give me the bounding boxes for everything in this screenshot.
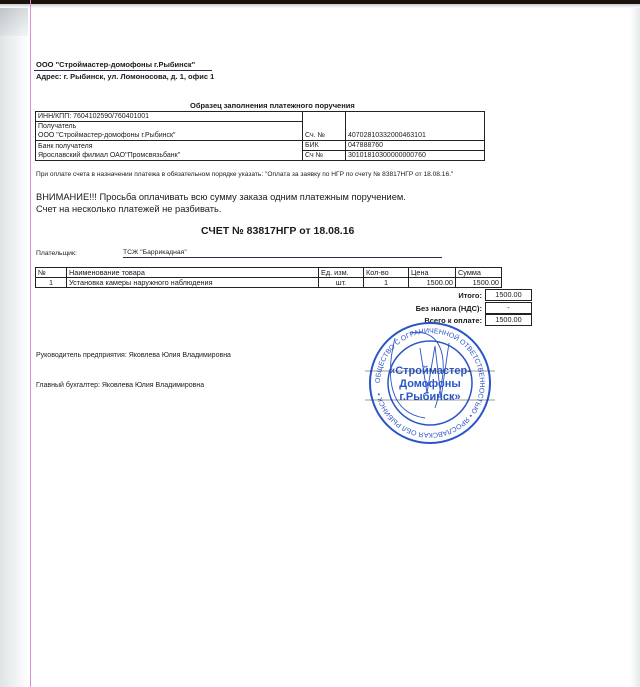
payment-purpose-note: При оплате счета в назначении платежа в … bbox=[36, 171, 453, 178]
vat-value: - bbox=[485, 302, 532, 314]
invoice-title: СЧЕТ № 83817НГР от 18.08.16 bbox=[201, 225, 354, 237]
bank-name: Ярославский филиал ОАО"Промсвязьбанк" bbox=[36, 151, 303, 161]
header-price: Цена bbox=[409, 268, 456, 278]
header-unit: Ед. изм. bbox=[319, 268, 364, 278]
header-sum: Сумма bbox=[456, 268, 502, 278]
margin-line bbox=[30, 0, 31, 687]
recipient-name: ООО "Строймастер-домофоны г.Рыбинск" bbox=[36, 131, 303, 141]
total-value: 1500.00 bbox=[485, 289, 532, 301]
accountant-signature-line: Главный бухгалтер: Яковлева Юлия Владими… bbox=[36, 382, 204, 389]
inn-kpp-cell: ИНН/КПП: 7604102590/760401001 bbox=[36, 112, 303, 122]
row-sum: 1500.00 bbox=[456, 278, 502, 288]
stamp-line-2: Домофоны bbox=[399, 378, 461, 390]
row-price: 1500.00 bbox=[409, 278, 456, 288]
empty-cell bbox=[346, 112, 485, 122]
empty-cell bbox=[303, 122, 346, 132]
warning-line-2: Счет на несколько платежей не разбивать. bbox=[36, 204, 221, 214]
table-row: 1 Установка камеры наружного наблюдения … bbox=[36, 278, 502, 288]
empty-cell bbox=[303, 112, 346, 122]
empty-cell bbox=[346, 122, 485, 132]
bik-value: 047888760 bbox=[346, 141, 485, 151]
corr-account-label: Сч № bbox=[303, 151, 346, 161]
payer-value: ТСЖ "Баррикадная" bbox=[123, 249, 187, 256]
row-qty: 1 bbox=[364, 278, 409, 288]
scan-right-edge bbox=[630, 0, 640, 687]
company-stamp-icon: ОБЩЕСТВО С ОГРАНИЧЕННОЙ ОТВЕТСТВЕННОСТЬЮ… bbox=[365, 318, 495, 448]
items-table: № Наименование товара Ед. изм. Кол-во Це… bbox=[35, 267, 502, 288]
total-label: Итого: bbox=[332, 291, 482, 300]
company-underline bbox=[34, 70, 212, 71]
corr-account-value: 30101810300000000760 bbox=[346, 151, 485, 161]
scan-left-edge bbox=[0, 0, 28, 687]
row-number: 1 bbox=[36, 278, 67, 288]
payment-sample-title: Образец заполнения платежного поручения bbox=[190, 101, 355, 110]
header-number: № bbox=[36, 268, 67, 278]
row-name: Установка камеры наружного наблюдения bbox=[67, 278, 319, 288]
row-unit: шт. bbox=[319, 278, 364, 288]
payer-underline bbox=[123, 257, 442, 258]
account-value: 40702810332000463101 bbox=[346, 131, 485, 141]
company-address: Адрес: г. Рыбинск, ул. Ломоносова, д. 1,… bbox=[36, 72, 214, 81]
vat-label: Без налога (НДС): bbox=[332, 304, 482, 313]
payment-details-table: ИНН/КПП: 7604102590/760401001 Получатель… bbox=[35, 111, 485, 161]
bank-label: Банк получателя bbox=[36, 141, 303, 151]
stamp-line-3: г.Рыбинск» bbox=[399, 391, 460, 403]
payer-label: Плательщик: bbox=[36, 250, 77, 257]
account-label: Сч. № bbox=[303, 131, 346, 141]
bik-label: БИК bbox=[303, 141, 346, 151]
header-name: Наименование товара bbox=[67, 268, 319, 278]
header-qty: Кол-во bbox=[364, 268, 409, 278]
scan-corner-shadow bbox=[0, 8, 28, 36]
scan-top-shadow bbox=[0, 4, 640, 8]
director-signature-line: Руководитель предприятия: Яковлева Юлия … bbox=[36, 352, 231, 359]
items-header-row: № Наименование товара Ед. изм. Кол-во Це… bbox=[36, 268, 502, 278]
recipient-label: Получатель bbox=[36, 122, 303, 132]
warning-line-1: ВНИМАНИЕ!!! Просьба оплачивать всю сумму… bbox=[36, 192, 406, 202]
company-name: ООО "Строймастер-домофоны г.Рыбинск" bbox=[36, 60, 195, 69]
